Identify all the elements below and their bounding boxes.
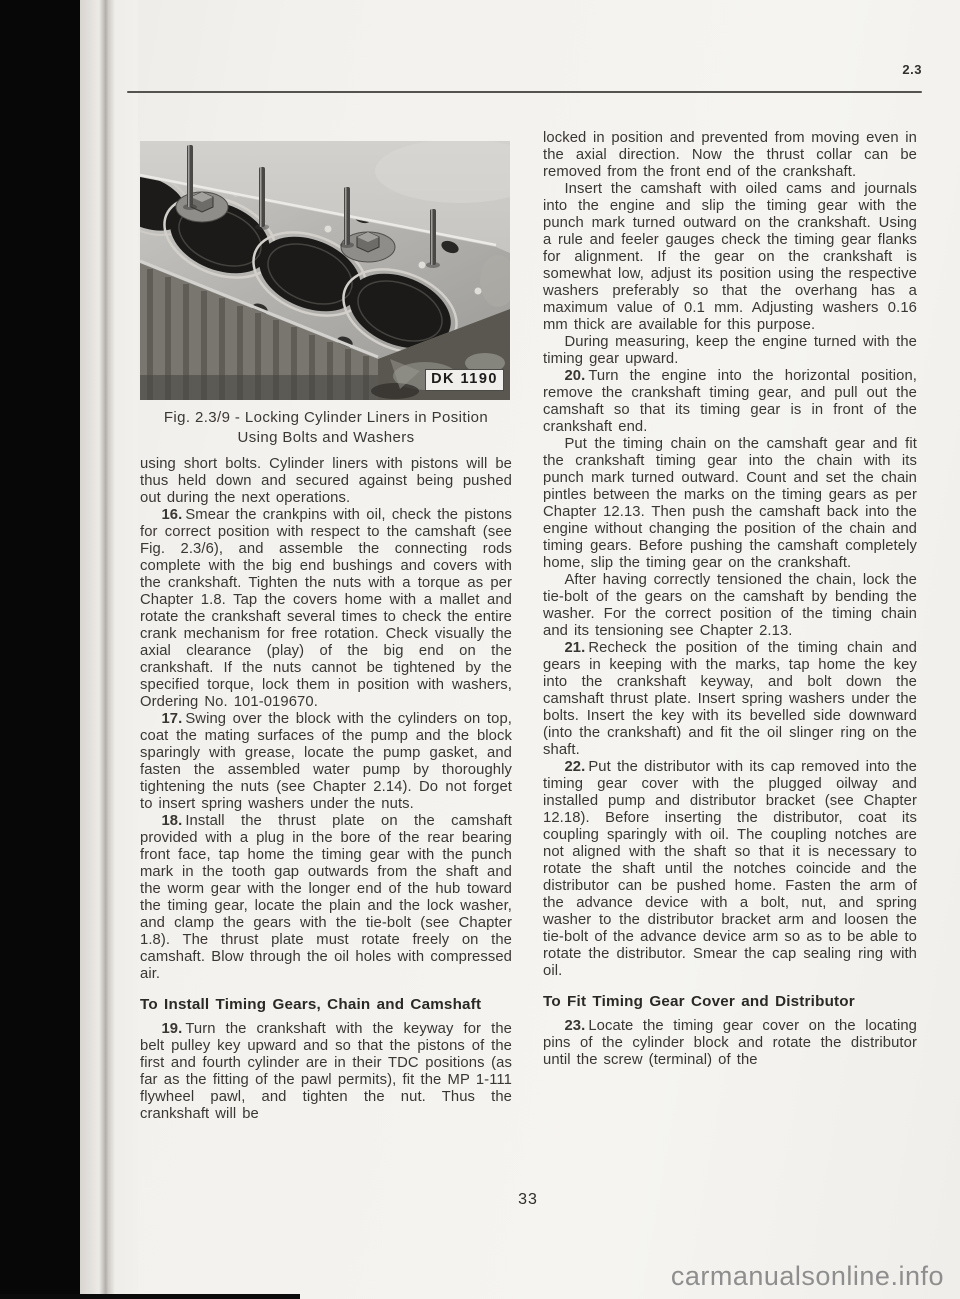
figure-photo: DK 1190	[140, 141, 510, 400]
step-18: 18.Install the thrust plate on the camsh…	[140, 813, 512, 983]
step-20-number: 20.	[564, 368, 588, 384]
left-continuation-paragraph: using short bolts. Cylinder liners with …	[140, 456, 512, 507]
step-19-text: Turn the crankshaft with the keyway for …	[140, 1021, 512, 1122]
page-curl-line	[99, 0, 115, 1299]
paragraph-insert-camshaft: Insert the camshaft with oiled cams and …	[543, 181, 917, 334]
paragraph-put-timing-chain: Put the timing chain on the camshaft gea…	[543, 436, 917, 572]
step-23: 23.Locate the timing gear cover on the l…	[543, 1018, 917, 1069]
step-21-number: 21.	[564, 640, 588, 656]
figure-caption-line1: Fig. 2.3/9 - Locking Cylinder Liners in …	[140, 408, 512, 428]
step-16-text: Smear the crankpins with oil, check the …	[140, 507, 512, 710]
page-number: 33	[140, 1191, 916, 1209]
scan-left-black-edge	[0, 0, 80, 1299]
step-17-text: Swing over the block with the cylinders …	[140, 711, 512, 812]
right-continuation-paragraph: locked in position and prevented from mo…	[543, 130, 917, 181]
step-22-number: 22.	[564, 759, 588, 775]
step-17-number: 17.	[161, 711, 185, 727]
section-number: 2.3	[902, 62, 922, 77]
step-20: 20.Turn the engine into the horizontal p…	[543, 368, 917, 436]
paragraph-during-measuring: During measuring, keep the engine turned…	[543, 334, 917, 368]
step-16: 16.Smear the crankpins with oil, check t…	[140, 507, 512, 711]
paragraph-after-tensioning: After having correctly tensioned the cha…	[543, 572, 917, 640]
step-18-text: Install the thrust plate on the camshaft…	[140, 813, 512, 982]
step-17: 17.Swing over the block with the cylinde…	[140, 711, 512, 813]
step-20-text: Turn the engine into the horizontal posi…	[543, 368, 917, 435]
step-23-text: Locate the timing gear cover on the loca…	[543, 1018, 917, 1068]
photo-reference-label: DK 1190	[425, 369, 504, 391]
right-column: locked in position and prevented from mo…	[543, 130, 917, 1069]
step-23-number: 23.	[564, 1018, 588, 1034]
scan-bottom-black-edge	[0, 1294, 300, 1299]
step-18-number: 18.	[161, 813, 185, 829]
step-21-text: Recheck the position of the timing chain…	[543, 640, 917, 758]
header-rule	[127, 91, 922, 93]
heading-fit-timing-gear-cover: To Fit Timing Gear Cover and Distributor	[543, 993, 917, 1010]
step-22: 22.Put the distributor with its cap remo…	[543, 759, 917, 980]
figure-caption: Fig. 2.3/9 - Locking Cylinder Liners in …	[140, 408, 512, 447]
step-19-number: 19.	[161, 1021, 185, 1037]
watermark: carmanualsonline.info	[671, 1261, 944, 1292]
engine-block-illustration	[140, 141, 510, 400]
scanned-manual-page: 2.3	[0, 0, 960, 1299]
step-21: 21.Recheck the position of the timing ch…	[543, 640, 917, 759]
step-16-number: 16.	[161, 507, 185, 523]
step-19: 19.Turn the crankshaft with the keyway f…	[140, 1021, 512, 1123]
heading-install-timing-gears: To Install Timing Gears, Chain and Camsh…	[140, 996, 512, 1013]
left-column: using short bolts. Cylinder liners with …	[140, 456, 512, 1123]
step-22-text: Put the distributor with its cap removed…	[543, 759, 917, 979]
figure-caption-line2: Using Bolts and Washers	[140, 428, 512, 448]
